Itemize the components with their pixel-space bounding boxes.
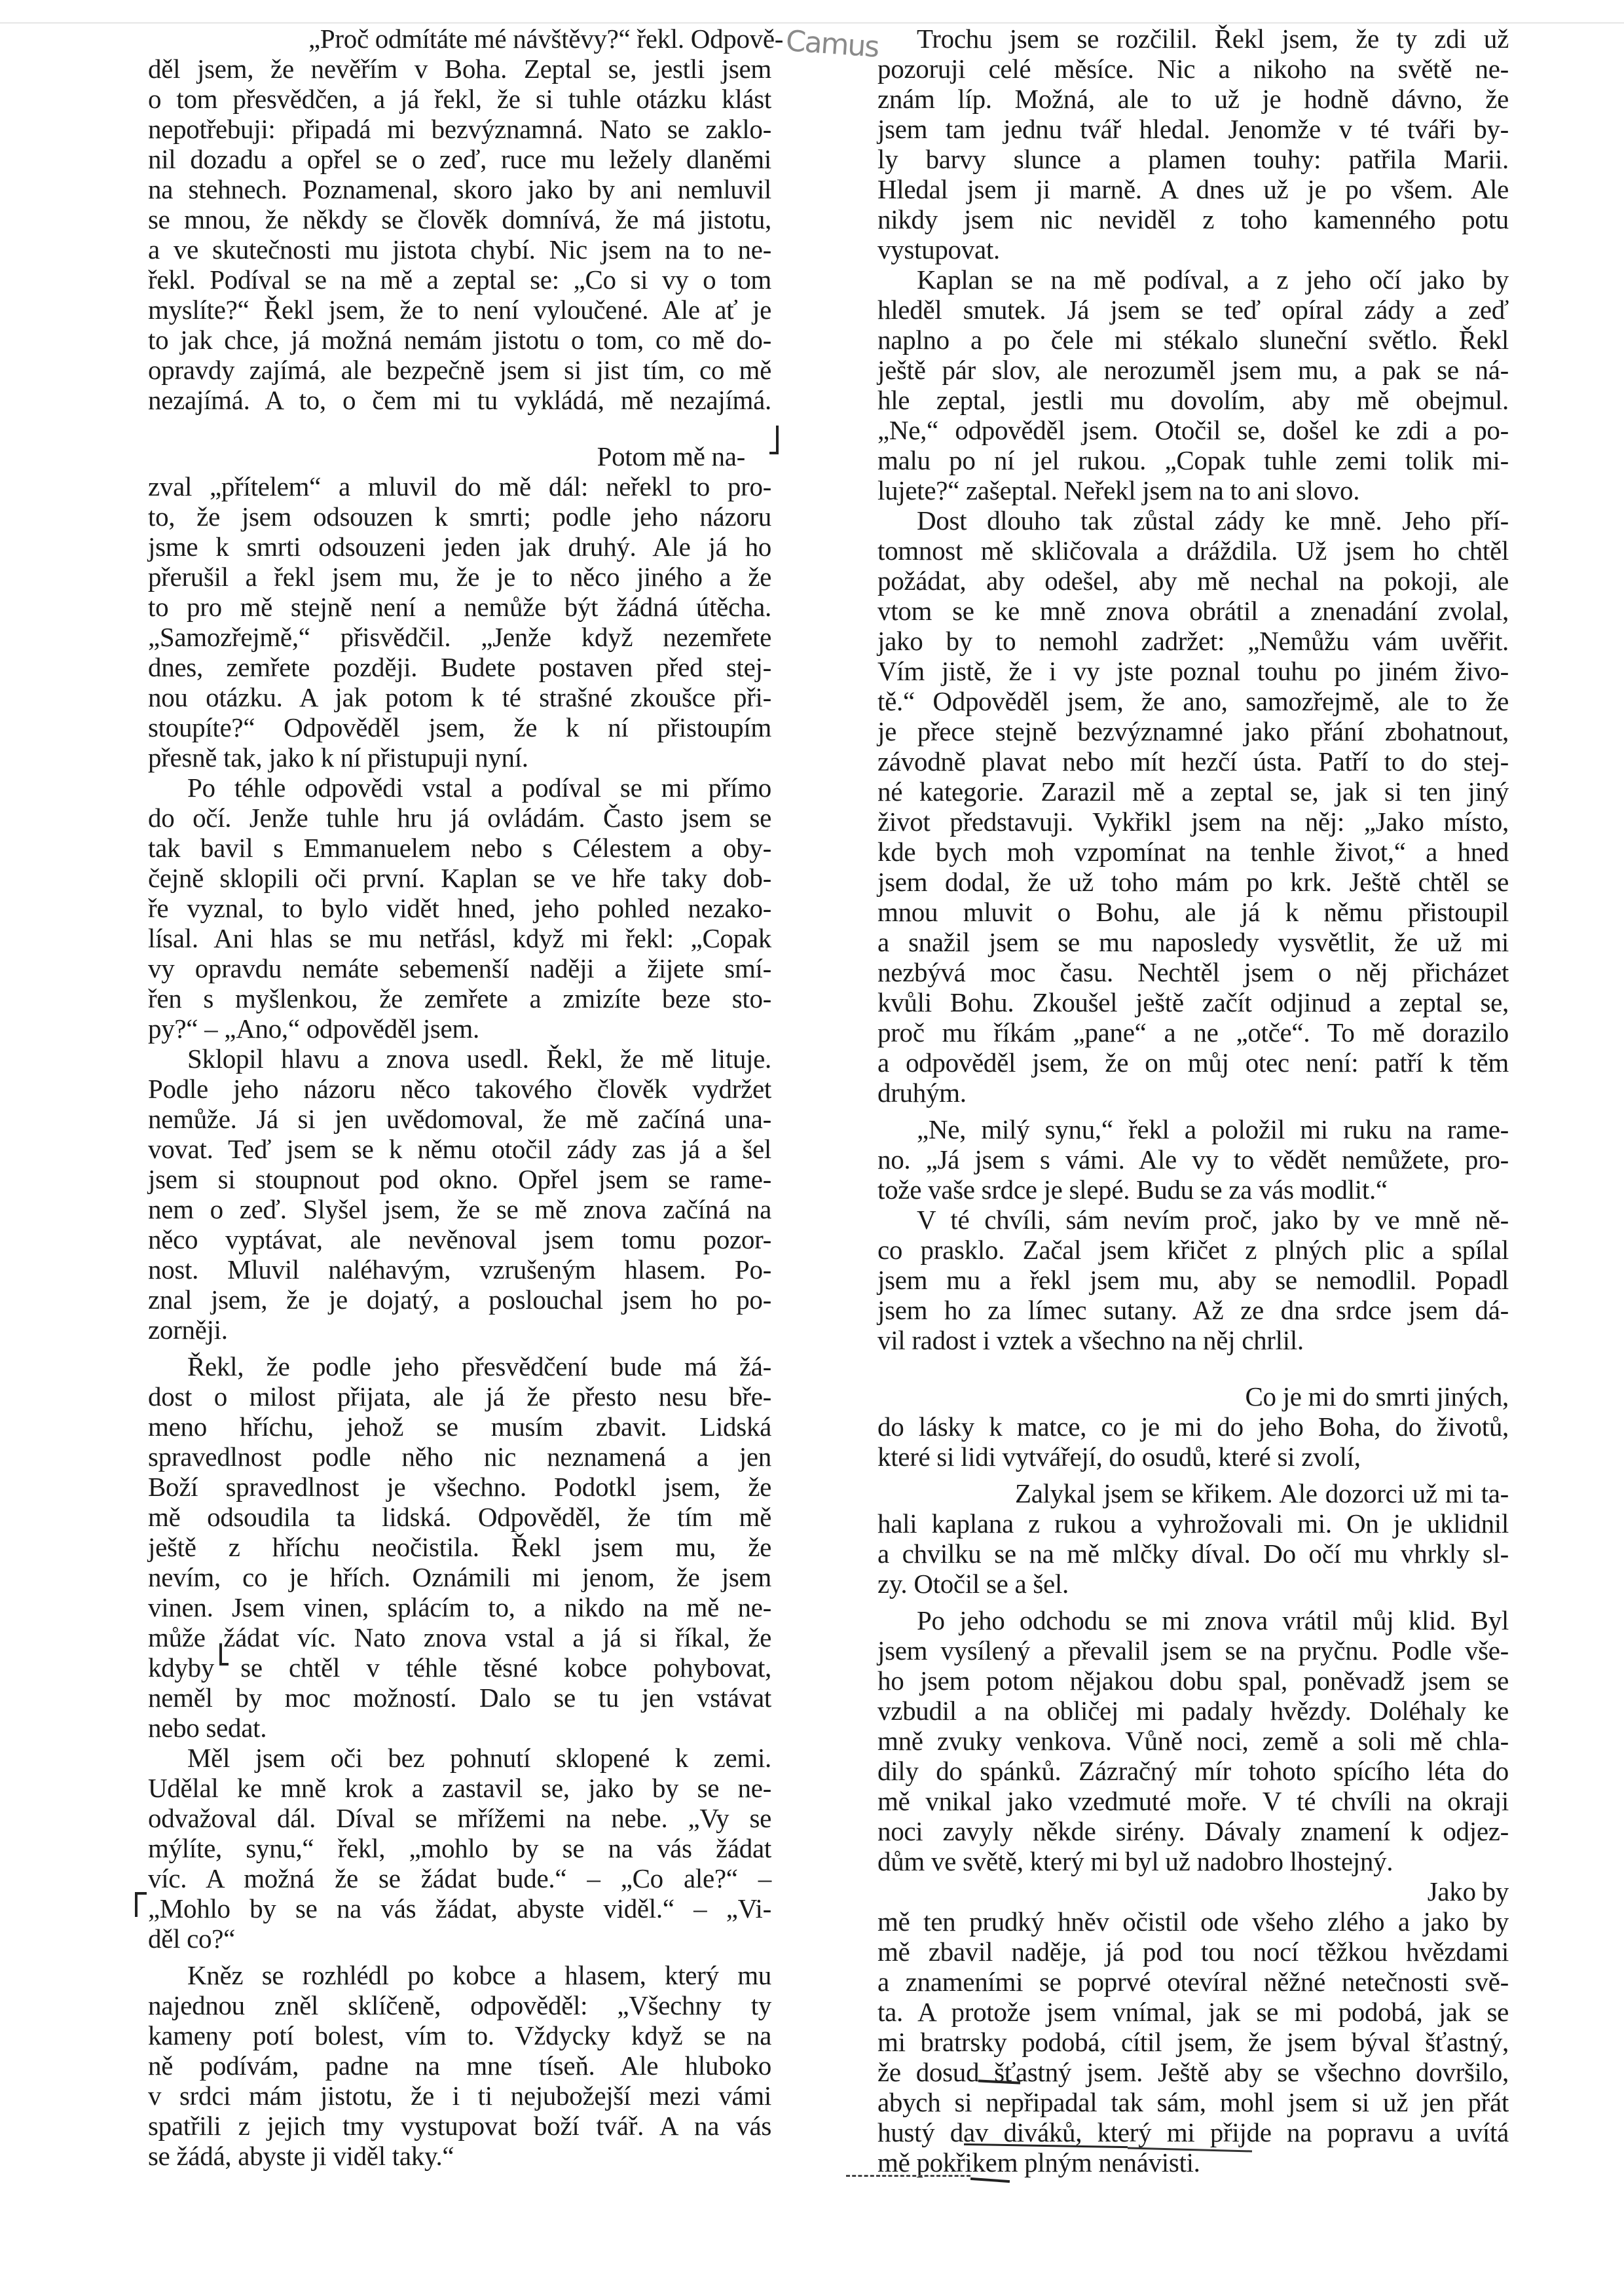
text-line: znal jsem, že je dojatý, a poslouchal js… (148, 1285, 771, 1315)
text-line: Kněz se rozhlédl po kobce a hlasem, kter… (148, 1960, 771, 1990)
text-line: najednou zněl sklíčeně, odpověděl: „Všec… (148, 1990, 771, 2020)
text-line: dost o milost přijata, ale já že přesto … (148, 1381, 771, 1412)
text-line: kvůli Bohu. Zkoušel ještě začít odjinud … (877, 987, 1509, 1017)
cut-mark-bracket (135, 1892, 147, 1917)
text-line: „Ne, milý synu,“ řekl a položil mi ruku … (877, 1114, 1509, 1144)
text-line: mýlíte, synu,“ řekl, „mohlo by se na vás… (148, 1833, 771, 1863)
text-line: které si lidi vytvářejí, do osudů, které… (877, 1442, 1509, 1472)
text-line: „Samozřejmě,“ přisvědčil. „Jenže když ne… (148, 622, 771, 652)
text-line: lísal. Ani hlas se mu netřásl, když mi ř… (148, 923, 771, 953)
text-line: děl co?“ (148, 1923, 771, 1954)
text-line: ně podívám, padne na mne tíseň. Ale hlub… (148, 2050, 771, 2081)
text-line: kdyby se chtěl v téhle těsné kobce pohyb… (148, 1652, 771, 1683)
text-line: a znameními se poprvé otevíral něžné net… (877, 1967, 1509, 1997)
text-line: „Proč odmítáte mé návštěvy?“ řekl. Odpov… (148, 24, 771, 54)
text-line: znám líp. Možná, ale to už je hodně dávn… (877, 84, 1509, 114)
text-line: je přece stejně bezvýznamné jako přání z… (877, 716, 1509, 746)
text-line: to pro mě stejně není a nemůže být žádná… (148, 592, 771, 622)
text-line: něco vyptávat, ale nevěnoval jsem tomu p… (148, 1224, 771, 1254)
text-line: kameny potí bolest, vím to. Vždycky když… (148, 2020, 771, 2050)
text-line: neměl by moc možností. Dalo se tu jen vs… (148, 1683, 771, 1713)
text-line: nikdy jsem nic neviděl z toho kamenného … (877, 204, 1509, 234)
text-line: mě odsoudila ta lidská. Odpověděl, že tí… (148, 1502, 771, 1532)
text-line: co prasklo. Začal jsem křičet z plných p… (877, 1235, 1509, 1265)
text-line: mě vnikal jako vzedmuté moře. V té chvíl… (877, 1786, 1509, 1816)
text-line: Udělal ke mně krok a zastavil se, jako b… (148, 1773, 771, 1803)
text-line: hleděl smutek. Já jsem se teď opíral zád… (877, 295, 1509, 325)
text-line: jsem dodal, že už toho mám po krk. Ještě… (877, 867, 1509, 897)
text-line: nepotřebuji: připadá mi bezvýznamná. Nat… (148, 114, 771, 144)
left-text-column: „Proč odmítáte mé návštěvy?“ řekl. Odpov… (148, 24, 771, 2171)
text-line: kde bych moh vzpomínat na tenhle život,“… (877, 837, 1509, 867)
text-line: malu po ní jel rukou. „Copak tuhle zemi … (877, 445, 1509, 475)
text-line: nost. Mluvil naléhavým, vzrušeným hlasem… (148, 1254, 771, 1285)
text-line: tože vaše srdce je slepé. Budu se za vás… (877, 1175, 1509, 1205)
text-line: ještě pár slov, ale nerozuměl jsem mu, a… (877, 355, 1509, 385)
text-line: odvažoval dál. Díval se mřížemi na nebe.… (148, 1803, 771, 1833)
text-line: jako by to nemohl zadržet: „Nemůžu vám u… (877, 626, 1509, 656)
text-line: v srdci mám jistotu, že i ti nejubožejší… (148, 2081, 771, 2111)
text-line: se mnou, že někdy se člověk domnívá, že … (148, 204, 771, 234)
text-line: závodně plavat nebo mít hezčí ústa. Patř… (877, 746, 1509, 776)
text-line: vzbudil a na obličej mi padaly hvězdy. D… (877, 1696, 1509, 1726)
text-line: Zalykal jsem se křikem. Ale dozorci už m… (877, 1478, 1509, 1508)
cut-mark-bracket (219, 1643, 229, 1666)
text-line: nezbývá moc času. Nechtěl jsem o něj při… (877, 957, 1509, 987)
text-line: do očí. Jenže tuhle hru já ovládám. Čast… (148, 803, 771, 833)
text-line: nil dozadu a opřel se o zeď, ruce mu lež… (148, 144, 771, 174)
text-line: meno hříchu, jehož se musím zbavit. Lids… (148, 1412, 771, 1442)
text-line: opravdy zajímá, ale bezpečně jsem si jis… (148, 355, 771, 385)
text-line: Potom mě na- (148, 441, 771, 471)
text-line: ještě z hříchu neočistila. Řekl jsem mu,… (148, 1532, 771, 1562)
text-line: dnes, zemřete později. Budete postaven p… (148, 652, 771, 682)
text-line: Podle jeho názoru něco takového člověk v… (148, 1074, 771, 1104)
text-line: ta. A protože jsem vnímal, jak se mi pod… (877, 1997, 1509, 2027)
text-line: noci zavyly někde sirény. Dávaly znamení… (877, 1816, 1509, 1846)
text-line: lujete?“ zašeptal. Neřekl jsem na to ani… (877, 475, 1509, 505)
text-line: a chvilku se na mě mlčky díval. Do očí m… (877, 1539, 1509, 1569)
text-line: myslíte?“ Řekl jsem, že to není vyloučen… (148, 295, 771, 325)
text-line: zval „přítelem“ a mluvil do mě dál: neře… (148, 471, 771, 501)
text-line: mně zvuky venkova. Vůně noci, země a sol… (877, 1726, 1509, 1756)
text-line: zy. Otočil se a šel. (877, 1569, 1509, 1599)
text-line: V té chvíli, sám nevím proč, jako by ve … (877, 1205, 1509, 1235)
text-line: dily do spánků. Zázračný mír tohoto spíc… (877, 1756, 1509, 1786)
text-line: to, že jsem odsouzen k smrti; podle jeho… (148, 501, 771, 532)
text-line: jsem si stoupnout pod okno. Opřel jsem s… (148, 1164, 771, 1194)
text-line: spravedlnost podle něho nic neznamená a … (148, 1442, 771, 1472)
text-line: mě ten prudký hněv očistil ode všeho zlé… (877, 1906, 1509, 1937)
text-line: Boží spravedlnost je všechno. Podotkl js… (148, 1472, 771, 1502)
text-line: vy opravdu nemáte sebemenší naději a žij… (148, 953, 771, 983)
text-line: no. „Já jsem s vámi. Ale vy to vědět nem… (877, 1144, 1509, 1175)
text-line: jsme k smrti odsouzeni jeden jak druhý. … (148, 532, 771, 562)
text-line: Jako by (877, 1876, 1509, 1906)
text-line: abych si nepřipadal tak sám, mohl jsem s… (877, 2087, 1509, 2117)
text-line: nemůže. Já si jen uvědomoval, že mě začí… (148, 1104, 771, 1134)
text-line: spatřili z jejich tmy vystupovat boží tv… (148, 2111, 771, 2141)
text-line: ře vyznal, to bylo vidět hned, jeho pohl… (148, 893, 771, 923)
pen-underline-mark (846, 2175, 970, 2177)
text-line: tě.“ Odpověděl jsem, že ano, samozřejmě,… (877, 686, 1509, 716)
text-line: se žádá, abyste ji viděl taky.“ (148, 2141, 771, 2171)
handwritten-annotation: Camus (784, 24, 879, 64)
text-line: naplno a po čele mi stékalo sluneční svě… (877, 325, 1509, 355)
text-line: vil radost i vztek a všechno na něj chrl… (877, 1325, 1509, 1355)
text-line: vystupovat. (877, 234, 1509, 264)
text-line: požádat, aby odešel, aby mě nechal na po… (877, 566, 1509, 596)
text-line: Řekl, že podle jeho přesvědčení bude má … (148, 1351, 771, 1381)
text-line: dům ve světě, který mi byl už nadobro lh… (877, 1846, 1509, 1876)
text-line: Co je mi do smrti jiných, (877, 1381, 1509, 1412)
text-line: to jak chce, já možná nemám jistotu o to… (148, 325, 771, 355)
text-line: na stehnech. Poznamenal, skoro jako by a… (148, 174, 771, 204)
text-line: Dost dlouho tak zůstal zády ke mně. Jeho… (877, 505, 1509, 536)
pen-underline-mark (970, 2178, 1010, 2183)
text-line: tomnost mě skličovala a dráždila. Už jse… (877, 536, 1509, 566)
text-line: vinen. Jsem vinen, splácím to, a nikdo n… (148, 1592, 771, 1622)
text-line: jsem ho za límec sutany. Až ze dna srdce… (877, 1295, 1509, 1325)
text-line: mi bratrsky podobá, cítil jsem, že jsem … (877, 2027, 1509, 2057)
text-line: čejně sklopili oči první. Kaplan se ve h… (148, 863, 771, 893)
text-line: do lásky k matce, co je mi do jeho Boha,… (877, 1412, 1509, 1442)
text-line: „Mohlo by se na vás žádat, abyste viděl.… (148, 1893, 771, 1923)
text-line: nem o zeď. Slyšel jsem, že se mě znova z… (148, 1194, 771, 1224)
text-line: Hledal jsem ji marně. A dnes už je po vš… (877, 174, 1509, 204)
text-line: jsem tam jednu tvář hledal. Jenomže v té… (877, 114, 1509, 144)
text-line: proč mu říkám „pane“ a ne „otče“. To mě … (877, 1017, 1509, 1048)
text-line: nezajímá. A to, o čem mi tu vykládá, mě … (148, 385, 771, 415)
text-line: o tom přesvědčen, a já řekl, že si tuhle… (148, 84, 771, 114)
text-line: ly barvy slunce a plamen touhy: patřila … (877, 144, 1509, 174)
text-line: a snažil jsem se mu naposledy vysvětlit,… (877, 927, 1509, 957)
text-line: tak bavil s Emmanuelem nebo s Célestem a… (148, 833, 771, 863)
text-line: stoupíte?“ Odpověděl jsem, že k ní přist… (148, 712, 771, 742)
text-line: Po téhle odpovědi vstal a podíval se mi … (148, 773, 771, 803)
text-line: Vím jistě, že i vy jste poznal touhu po … (877, 656, 1509, 686)
text-line: pozoruji celé měsíce. Nic a nikoho na sv… (877, 54, 1509, 84)
text-line: nou otázku. A jak potom k té strašné zko… (148, 682, 771, 712)
text-line: že dosud šťastný jsem. Ještě aby se všec… (877, 2057, 1509, 2087)
text-line: přesně tak, jako k ní přistupuji nyní. (148, 742, 771, 773)
text-line: jsem vysílený a převalil jsem se na pryč… (877, 1635, 1509, 1666)
text-line: nevím, co je hřích. Oznámili mi jenom, ž… (148, 1562, 771, 1592)
text-line: může žádat víc. Nato znova vstal a já si… (148, 1622, 771, 1652)
text-line: mnou mluvit o Bohu, ale já k němu přisto… (877, 897, 1509, 927)
text-line: Trochu jsem se rozčilil. Řekl jsem, že t… (877, 24, 1509, 54)
text-line: Po jeho odchodu se mi znova vrátil můj k… (877, 1605, 1509, 1635)
text-line: řen s myšlenkou, že zemřete a zmizíte be… (148, 983, 771, 1013)
right-text-column: Trochu jsem se rozčilil. Řekl jsem, že t… (877, 24, 1509, 2178)
text-line: hali kaplana z rukou a vyhrožovali mi. O… (877, 1508, 1509, 1539)
text-line: né kategorie. Zarazil mě a zeptal se, ja… (877, 776, 1509, 807)
text-line: „Ne,“ odpověděl jsem. Otočil se, došel k… (877, 415, 1509, 445)
text-line: Sklopil hlavu a znova usedl. Řekl, že mě… (148, 1044, 771, 1074)
text-line: vovat. Teď jsem se k němu otočil zády za… (148, 1134, 771, 1164)
text-line: zorněji. (148, 1315, 771, 1345)
text-line: řekl. Podíval se na mě a zeptal se: „Co … (148, 264, 771, 295)
cut-mark-bracket (769, 426, 779, 454)
text-line: jsem mu a řekl jsem mu, aby se nemodlil.… (877, 1265, 1509, 1295)
text-line: druhým. (877, 1078, 1509, 1108)
text-line: Kaplan se na mě podíval, a z jeho očí ja… (877, 264, 1509, 295)
text-line: život představuji. Vykřikl jsem na něj: … (877, 807, 1509, 837)
text-line: mě zbavil naděje, já pod tou nocí těžkou… (877, 1937, 1509, 1967)
text-line: py?“ – „Ano,“ odpověděl jsem. (148, 1013, 771, 1044)
text-line: hle zeptal, jestli mu dovolím, aby mě ob… (877, 385, 1509, 415)
text-line: mě pokřikem plným nenávisti. (877, 2147, 1509, 2178)
text-line: ho jsem potom nějakou dobu spal, poněvad… (877, 1666, 1509, 1696)
text-line: vtom se ke mně znova obrátil a znenadání… (877, 596, 1509, 626)
text-line: a odpověděl jsem, že on můj otec není: p… (877, 1048, 1509, 1078)
text-line: Měl jsem oči bez pohnutí sklopené k zemi… (148, 1743, 771, 1773)
text-line: nebo sedat. (148, 1713, 771, 1743)
text-line: přerušil a řekl jsem mu, že je to něco j… (148, 562, 771, 592)
text-line: a ve skutečnosti mu jistota chybí. Nic j… (148, 234, 771, 264)
text-line: víc. A možná že se žádat bude.“ – „Co al… (148, 1863, 771, 1893)
text-line: děl jsem, že nevěřím v Boha. Zeptal se, … (148, 54, 771, 84)
